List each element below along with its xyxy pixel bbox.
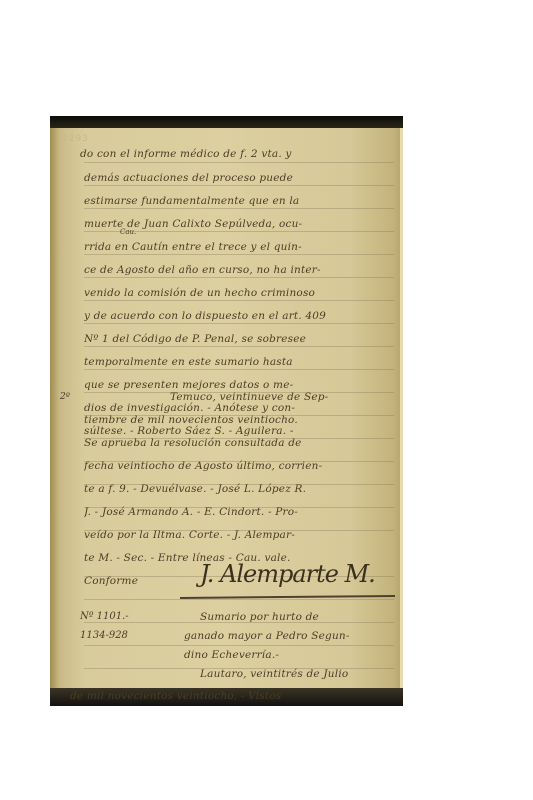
ruled-line bbox=[84, 185, 394, 186]
ruled-line bbox=[84, 369, 394, 370]
ruled-line bbox=[84, 254, 394, 255]
text-line: J. - José Armando A. - E. Cindort. - Pro… bbox=[84, 506, 396, 518]
register-page: 1293 do con el informe médico de f. 2 vt… bbox=[50, 128, 403, 690]
ruled-line bbox=[84, 599, 394, 600]
text-line: te a f. 9. - Devuélvase. - José L. López… bbox=[84, 483, 396, 495]
case-reference: 1134-928 bbox=[80, 630, 128, 641]
ruled-line bbox=[84, 645, 394, 646]
text-line: que se presenten mejores datos o me- bbox=[84, 379, 396, 391]
entry-body-line: Lautaro, veintitrés de Julio bbox=[200, 668, 390, 680]
signature: J. Alemparte M. bbox=[200, 560, 375, 588]
text-line: rrida en Cautín entre el trece y el quin… bbox=[84, 241, 396, 253]
document-photo: 1293 do con el informe médico de f. 2 vt… bbox=[50, 116, 403, 706]
ruled-line bbox=[84, 277, 394, 278]
page-binding bbox=[50, 128, 58, 690]
text-line: veído por la Iltma. Corte. - J. Alempar- bbox=[84, 529, 396, 541]
text-line: y de acuerdo con lo dispuesto en el art.… bbox=[84, 310, 396, 322]
ruled-line bbox=[84, 346, 394, 347]
ruled-line bbox=[84, 208, 394, 209]
text-line: estimarse fundamentalmente que en la bbox=[84, 195, 396, 207]
text-line: Temuco, veintinueve de Sep- bbox=[170, 391, 394, 403]
margin-numeral-label: 2º bbox=[60, 392, 70, 402]
book-top-shadow bbox=[50, 116, 403, 128]
text-line: venido la comisión de un hecho criminoso bbox=[84, 287, 396, 299]
entry-title-line: Sumario por hurto de bbox=[200, 611, 390, 623]
text-line: demás actuaciones del proceso puede bbox=[84, 172, 396, 184]
page-edge bbox=[400, 128, 403, 690]
ruled-line bbox=[84, 162, 394, 163]
text-line: súltese. - Roberto Sáez S. - Aguilera. - bbox=[84, 425, 396, 437]
text-line: Se aprueba la resolución consultada de bbox=[84, 437, 396, 449]
text-line: do con el informe médico de f. 2 vta. y bbox=[80, 148, 392, 160]
book-bottom-shadow bbox=[50, 688, 403, 706]
text-line: dios de investigación. - Anótese y con- bbox=[84, 402, 396, 414]
text-line: temporalmente en este sumario hasta bbox=[84, 356, 396, 368]
ruled-line bbox=[84, 323, 394, 324]
text-line: ce de Agosto del año en curso, no ha int… bbox=[84, 264, 396, 276]
entry-title-line: ganado mayor a Pedro Segun- bbox=[184, 630, 390, 642]
text-line: tiembre de mil novecientos veintiocho. bbox=[84, 414, 396, 426]
page-stamp: 1293 bbox=[62, 134, 89, 144]
entry-title-line: dino Echeverría.- bbox=[184, 649, 390, 661]
ruled-line bbox=[84, 300, 394, 301]
interlinear-insertion: Cau. bbox=[120, 228, 136, 236]
text-line: Nº 1 del Código de P. Penal, se sobresee bbox=[84, 333, 396, 345]
text-line: fecha veintiocho de Agosto último, corri… bbox=[84, 460, 396, 472]
case-number: Nº 1101.- bbox=[80, 611, 129, 622]
conforme-text: Conforme bbox=[84, 575, 184, 587]
